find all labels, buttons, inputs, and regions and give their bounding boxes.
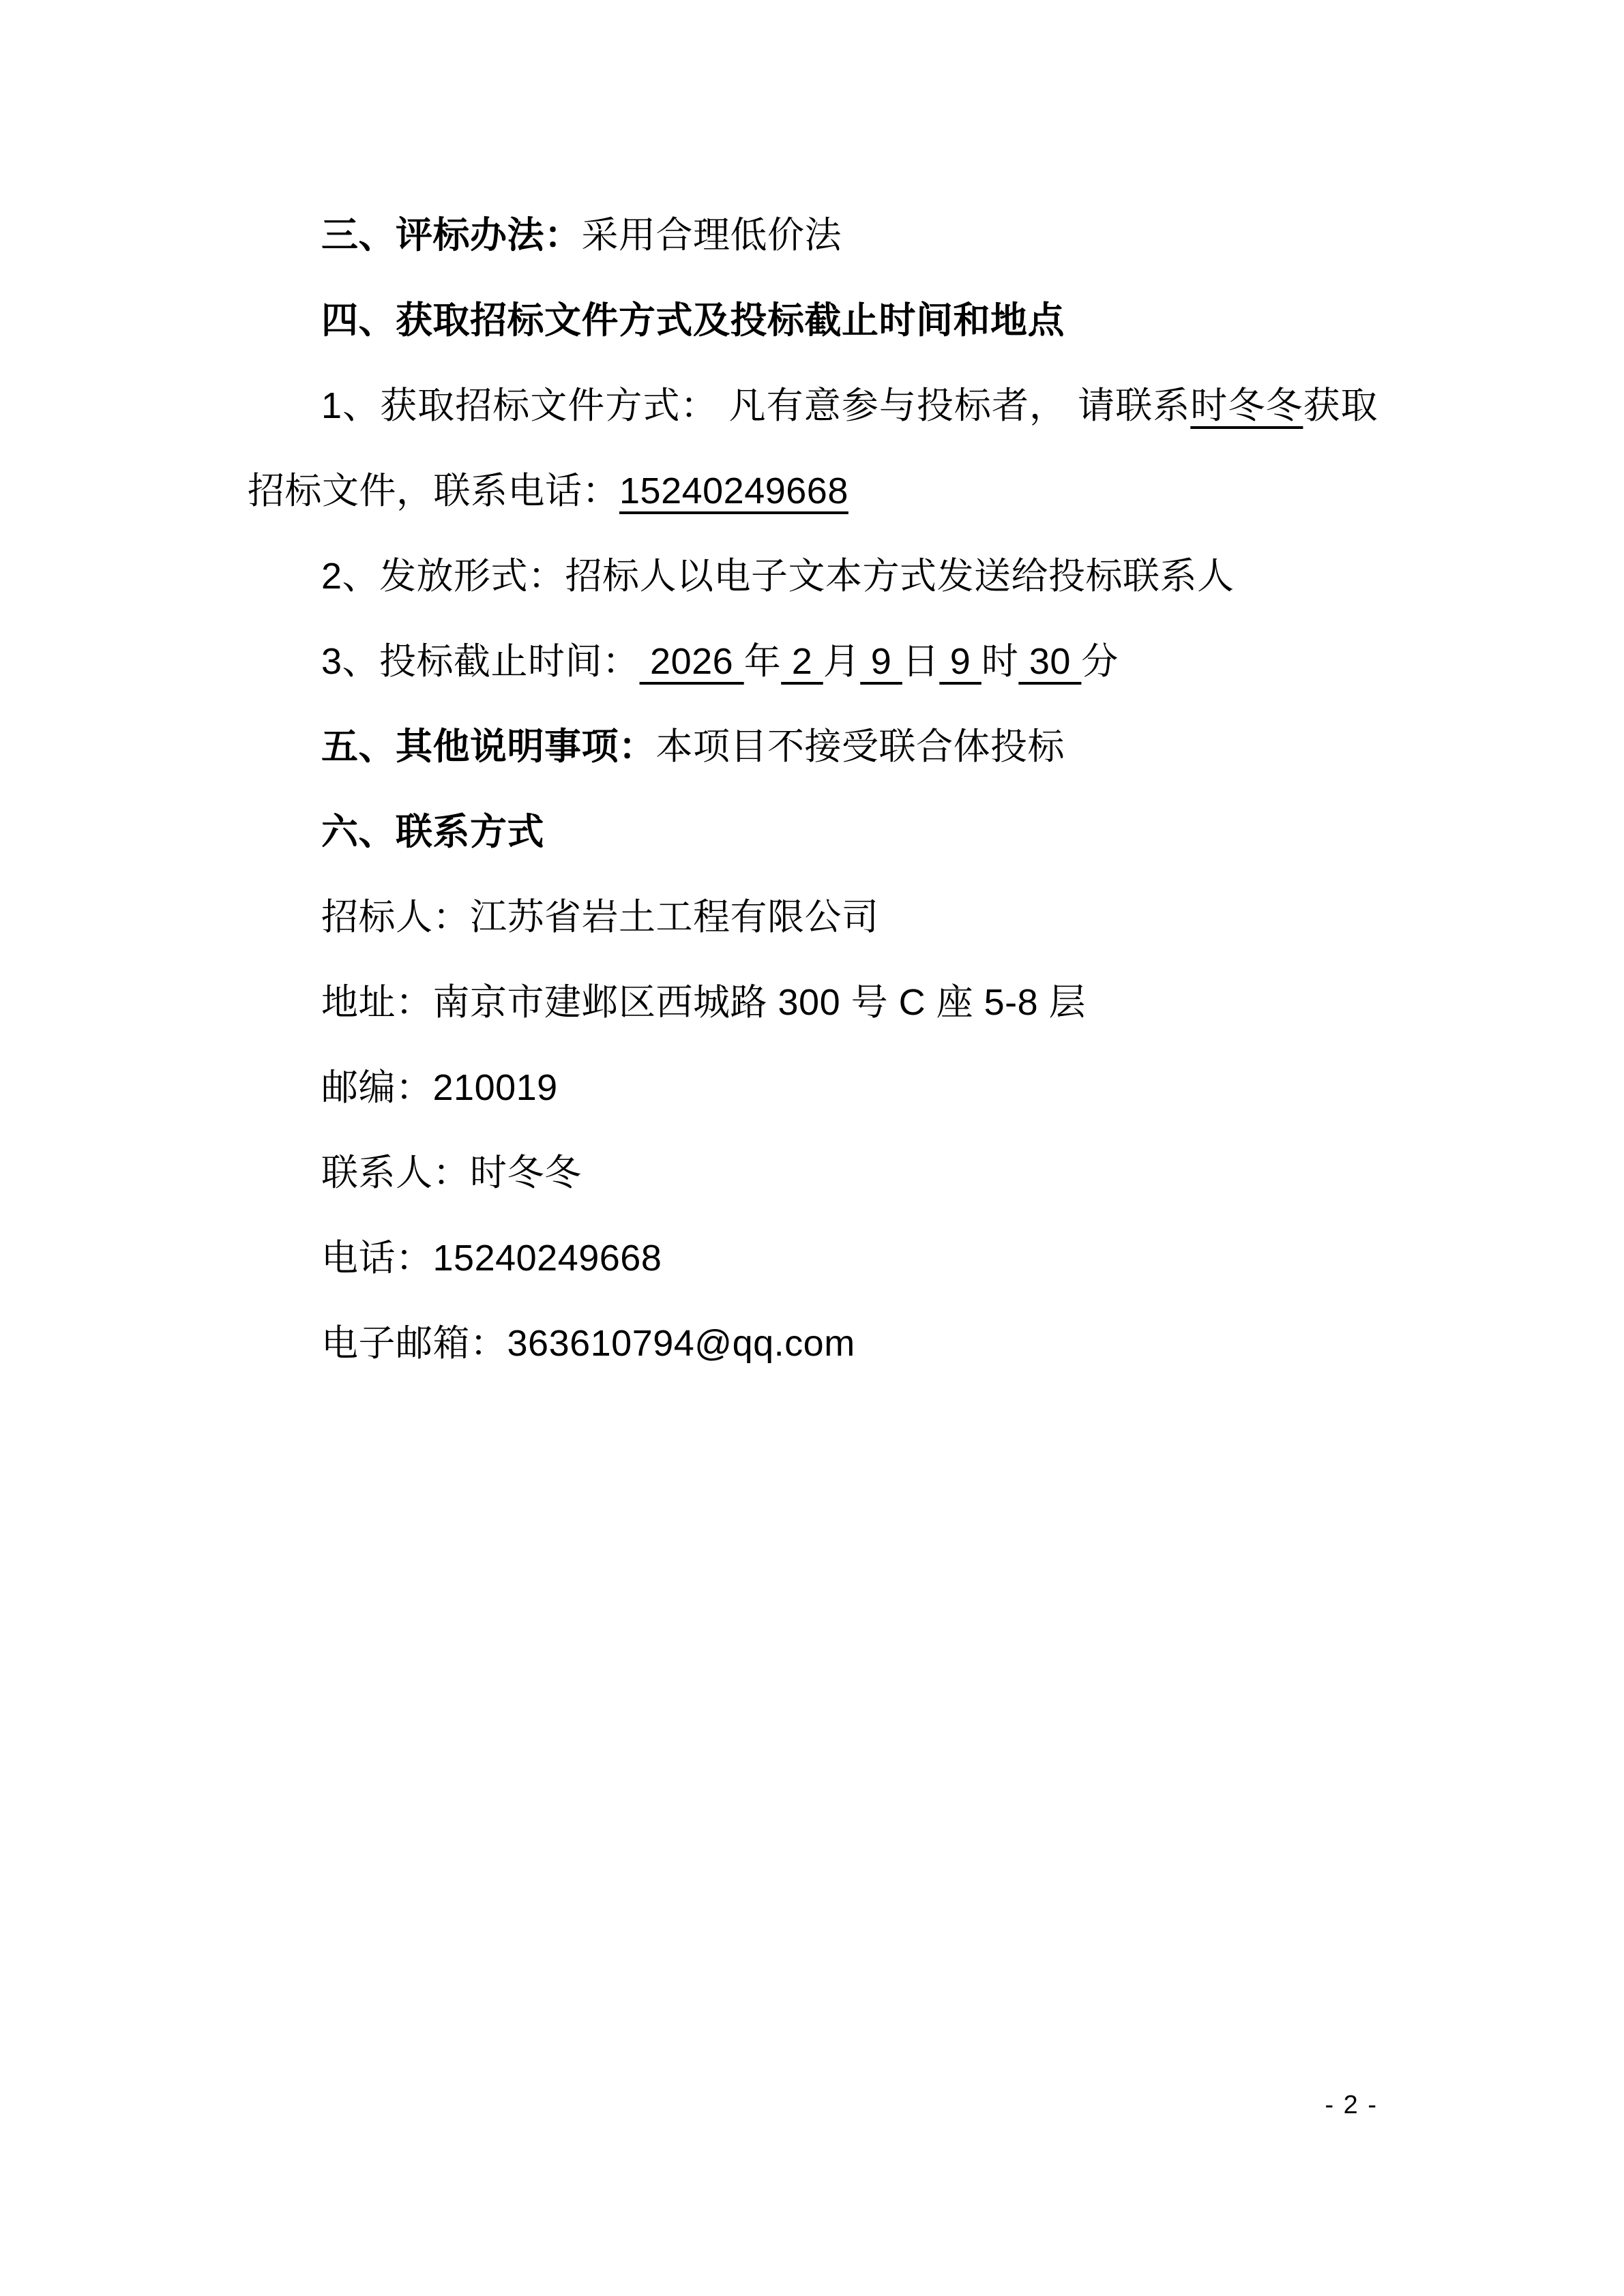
contact-postcode: 邮编：210019	[248, 1045, 1378, 1131]
document-page: 三、评标办法：采用合理低价法四、获取招标文件方式及投标截止时间和地点1、获取招标…	[0, 0, 1624, 2296]
underlined-field: 2	[781, 641, 823, 682]
contact-email: 电子邮箱：363610794@qq.com	[248, 1301, 1378, 1386]
text-run: 电话：15240249668	[321, 1238, 662, 1279]
heading-contact-info: 六、联系方式	[248, 790, 1378, 875]
text-run: 年	[744, 641, 782, 682]
contact-phone: 电话：15240249668	[248, 1216, 1378, 1301]
underlined-field: 时冬冬	[1190, 385, 1303, 426]
text-run: 联系人：时冬冬	[321, 1152, 582, 1193]
text-run: 1、获取招标文件方式： 凡有意参与投标者， 请联系	[321, 385, 1190, 426]
text-run: 获取	[1303, 385, 1378, 426]
underlined-field: 9	[860, 641, 902, 682]
text-run: 电子邮箱：363610794@qq.com	[321, 1323, 855, 1364]
item-obtain-method-continued: 招标文件，联系电话：15240249668	[248, 449, 1378, 534]
text-run: 三、评标办法：	[321, 215, 582, 256]
heading-obtain-documents: 四、获取招标文件方式及投标截止时间和地点	[248, 278, 1378, 363]
underlined-field: 30	[1018, 641, 1081, 682]
text-run: 地址：南京市建邺区西城路 300 号 C 座 5-8 层	[321, 982, 1086, 1023]
text-run: 月	[823, 641, 861, 682]
text-run: 六、联系方式	[321, 811, 544, 852]
contact-address: 地址：南京市建邺区西城路 300 号 C 座 5-8 层	[248, 960, 1378, 1045]
underlined-field: 2026	[640, 641, 744, 682]
item-bid-deadline: 3、投标截止时间： 2026 年 2 月 9 日 9 时 30 分	[248, 619, 1378, 704]
item-distribution-form: 2、发放形式：招标人以电子文本方式发送给投标联系人	[248, 534, 1378, 619]
text-run: 五、其他说明事项：	[321, 726, 656, 767]
contact-person: 联系人：时冬冬	[248, 1131, 1378, 1216]
text-run: 四、获取招标文件方式及投标截止时间和地点	[321, 300, 1065, 341]
text-run: 本项目不接受联合体投标	[656, 726, 1065, 767]
text-run: 招标人：江苏省岩土工程有限公司	[321, 897, 879, 938]
item-obtain-method: 1、获取招标文件方式： 凡有意参与投标者， 请联系时冬冬获取	[248, 363, 1378, 449]
document-body: 三、评标办法：采用合理低价法四、获取招标文件方式及投标截止时间和地点1、获取招标…	[248, 193, 1378, 1386]
text-run: 分	[1081, 641, 1119, 682]
page-number: - 2 -	[1325, 2088, 1378, 2122]
text-run: 时	[981, 641, 1019, 682]
text-run: 2、发放形式：招标人以电子文本方式发送给投标联系人	[321, 556, 1235, 597]
text-run: 3、投标截止时间：	[321, 641, 640, 682]
underlined-field: 15240249668	[619, 471, 848, 511]
heading-other-notes: 五、其他说明事项：本项目不接受联合体投标	[248, 704, 1378, 790]
text-run: 招标文件，联系电话：	[248, 471, 619, 511]
contact-tenderer: 招标人：江苏省岩土工程有限公司	[248, 875, 1378, 960]
text-run: 采用合理低价法	[582, 215, 842, 256]
heading-evaluation-method: 三、评标办法：采用合理低价法	[248, 193, 1378, 278]
text-run: 日	[902, 641, 940, 682]
text-run: 邮编：210019	[321, 1067, 558, 1108]
underlined-field: 9	[939, 641, 981, 682]
